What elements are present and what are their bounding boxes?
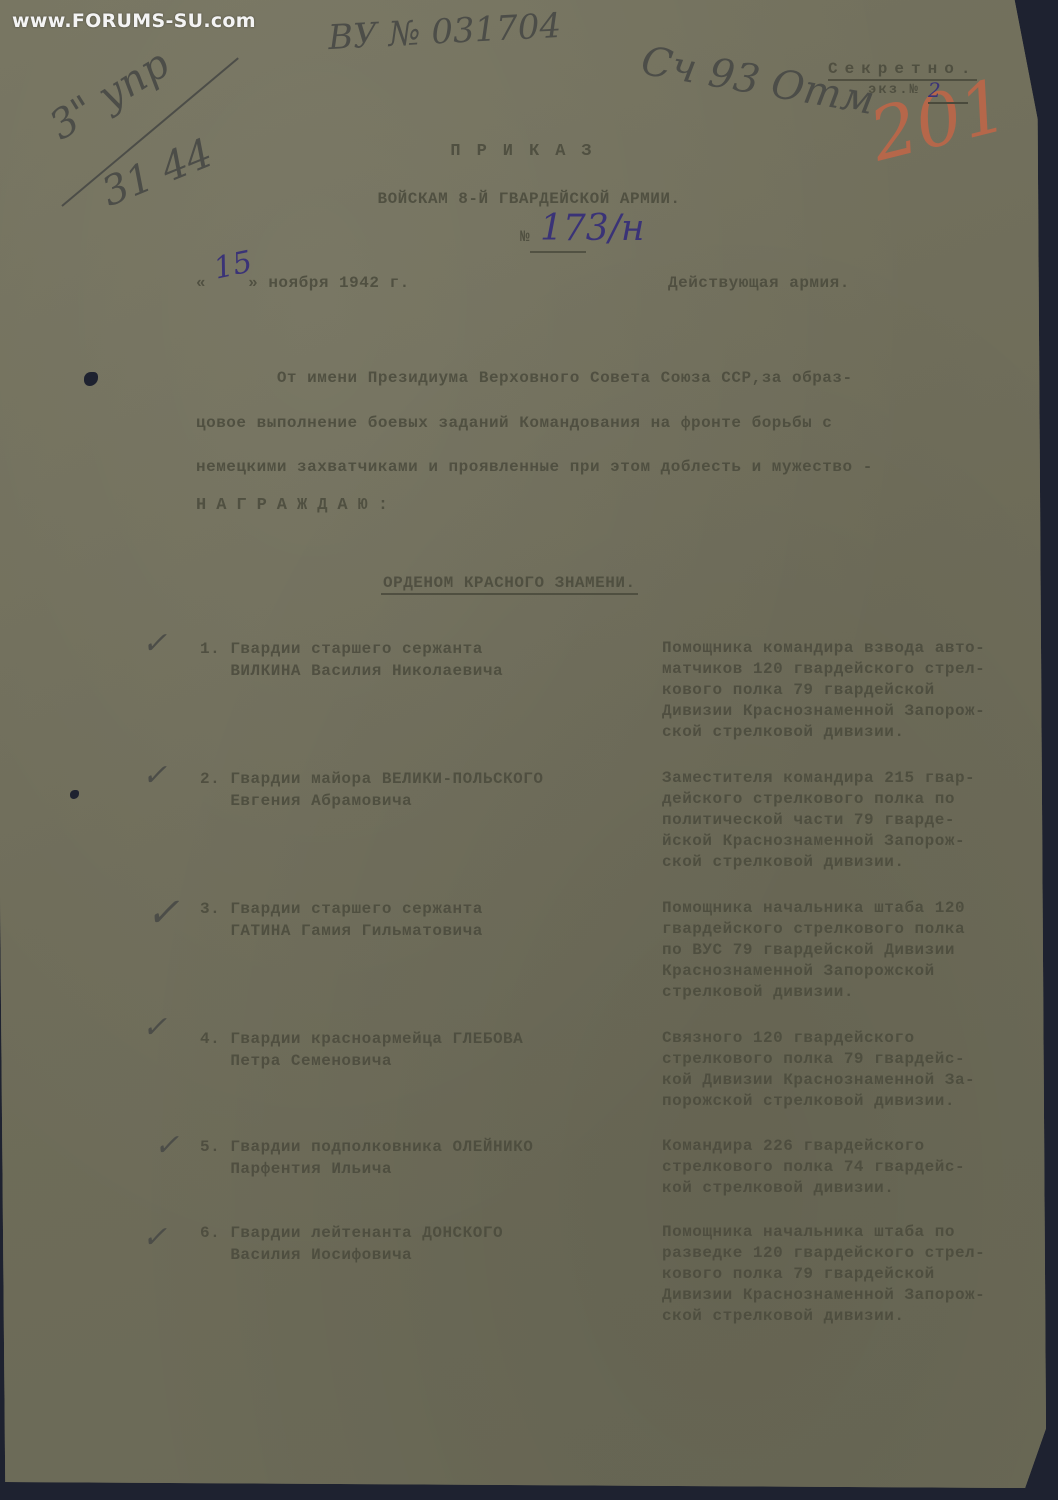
entry-full-name: Парфентия Ильича	[230, 1160, 392, 1178]
position-line: Заместителя командира 215 гвар-	[662, 768, 975, 789]
entry-name: 3. Гвардии старшего сержанта ГАТИНА Гами…	[200, 898, 483, 942]
entry-number: 1.	[200, 640, 220, 658]
position-line: Краснознаменной Запорожской	[662, 961, 965, 982]
entry-name: 6. Гвардии лейтенанта ДОНСКОГО Василия И…	[200, 1222, 503, 1266]
position-line: Связного 120 гвардейского	[662, 1028, 975, 1049]
check-mark-icon: ✓	[146, 890, 180, 936]
entry-rank: Гвардии подполковника ОЛЕЙНИКО	[230, 1138, 533, 1156]
order-number-underline	[530, 251, 586, 253]
watermark: www.FORUMS-SU.com	[12, 10, 256, 32]
copy-number-value: 2	[928, 78, 941, 102]
position-line: Помощника командира взвода авто-	[662, 638, 985, 659]
place-label: Действующая армия.	[668, 274, 850, 292]
entry-position: Помощника начальника штаба 120гвардейско…	[662, 898, 965, 1003]
position-line: Дивизии Краснознаменной Запорож-	[662, 1285, 985, 1306]
entry-name: 5. Гвардии подполковника ОЛЕЙНИКО Парфен…	[200, 1136, 533, 1180]
position-line: стрелкового полка 74 гвардейс-	[662, 1157, 965, 1178]
document-title: ПРИКАЗ	[0, 142, 1058, 161]
entry-name: 4. Гвардии красноармейца ГЛЕБОВА Петра С…	[200, 1028, 523, 1072]
date-open-quote: «	[196, 274, 206, 292]
preamble-line: От имени Президиума Верховного Совета Со…	[196, 356, 873, 401]
entry-full-name: Петра Семеновича	[230, 1052, 392, 1070]
check-mark-icon: ✓	[154, 1128, 179, 1163]
entry-rank: Гвардии лейтенанта ДОНСКОГО	[230, 1224, 503, 1242]
check-mark-icon: ✓	[142, 626, 167, 661]
copy-number: 2	[928, 78, 968, 104]
position-line: ской стрелковой дивизии.	[662, 1306, 985, 1327]
preamble-line: немецкими захватчиками и проявленные при…	[196, 445, 873, 490]
entry-rank: Гвардии старшего сержанта	[230, 640, 483, 658]
position-line: дейского стрелкового полка по	[662, 789, 975, 810]
position-line: порожской стрелковой дивизии.	[662, 1091, 975, 1112]
position-line: кового полка 79 гвардейской	[662, 680, 985, 701]
position-line: Помощника начальника штаба по	[662, 1222, 985, 1243]
entry-rank: Гвардии майора ВЕЛИКИ-ПОЛЬСКОГО	[230, 770, 543, 788]
entry-name: 2. Гвардии майора ВЕЛИКИ-ПОЛЬСКОГО Евген…	[200, 768, 543, 812]
preamble-paragraph: От имени Президиума Верховного Совета Со…	[196, 356, 873, 490]
entry-number: 6.	[200, 1224, 220, 1242]
entry-position: Помощника командира взвода авто-матчиков…	[662, 638, 985, 743]
position-line: Дивизии Краснознаменной Запорож-	[662, 701, 985, 722]
position-line: Помощника начальника штаба 120	[662, 898, 965, 919]
position-line: ской стрелковой дивизии.	[662, 852, 975, 873]
position-line: разведке 120 гвардейского стрел-	[662, 1243, 985, 1264]
position-line: ской стрелковой дивизии.	[662, 722, 985, 743]
preamble-line: цовое выполнение боевых заданий Командов…	[196, 401, 873, 446]
document-subtitle: ВОЙСКАМ 8-Й ГВАРДЕЙСКОЙ АРМИИ.	[0, 190, 1058, 208]
entry-number: 2.	[200, 770, 220, 788]
position-line: Командира 226 гвардейского	[662, 1136, 965, 1157]
entry-rank: Гвардии старшего сержанта	[230, 900, 483, 918]
position-line: кового полка 79 гвардейской	[662, 1264, 985, 1285]
entry-rank: Гвардии красноармейца ГЛЕБОВА	[230, 1030, 523, 1048]
entry-number: 3.	[200, 900, 220, 918]
entry-position: Помощника начальника штаба поразведке 12…	[662, 1222, 985, 1327]
award-heading: НАГРАЖДАЮ:	[196, 496, 398, 515]
check-mark-icon: ✓	[142, 1010, 167, 1045]
entry-number: 5.	[200, 1138, 220, 1156]
position-line: политической части 79 гварде-	[662, 810, 975, 831]
position-line: по ВУС 79 гвардейской Дивизии	[662, 940, 965, 961]
entry-full-name: Евгения Абрамовича	[230, 792, 412, 810]
entry-full-name: ГАТИНА Гамия Гильматовича	[230, 922, 483, 940]
order-number: 173/н	[540, 208, 645, 249]
position-line: кой Дивизии Краснознаменной За-	[662, 1070, 975, 1091]
entry-position: Связного 120 гвардейскогострелкового пол…	[662, 1028, 975, 1112]
date-month-year: » ноября 1942 г.	[248, 274, 410, 292]
copy-label: экз.№	[868, 82, 920, 98]
entry-full-name: ВИЛКИНА Василия Николаевича	[230, 662, 503, 680]
position-line: матчиков 120 гвардейского стрел-	[662, 659, 985, 680]
check-mark-icon: ✓	[142, 758, 167, 793]
entry-position: Заместителя командира 215 гвар-дейского …	[662, 768, 975, 873]
order-number-prefix: №	[520, 228, 530, 246]
position-line: гвардейского стрелкового полка	[662, 919, 965, 940]
entry-full-name: Василия Иосифовича	[230, 1246, 412, 1264]
section-heading: ОРДЕНОМ КРАСНОГО ЗНАМЕНИ.	[381, 574, 638, 595]
position-line: стрелковой дивизии.	[662, 982, 965, 1003]
position-line: стрелкового полка 79 гвардейс-	[662, 1049, 975, 1070]
entry-number: 4.	[200, 1030, 220, 1048]
entry-name: 1. Гвардии старшего сержанта ВИЛКИНА Вас…	[200, 638, 503, 682]
position-line: йской Краснознаменной Запорож-	[662, 831, 975, 852]
check-mark-icon: ✓	[142, 1220, 167, 1255]
entry-position: Командира 226 гвардейскогострелкового по…	[662, 1136, 965, 1199]
position-line: кой стрелковой дивизии.	[662, 1178, 965, 1199]
